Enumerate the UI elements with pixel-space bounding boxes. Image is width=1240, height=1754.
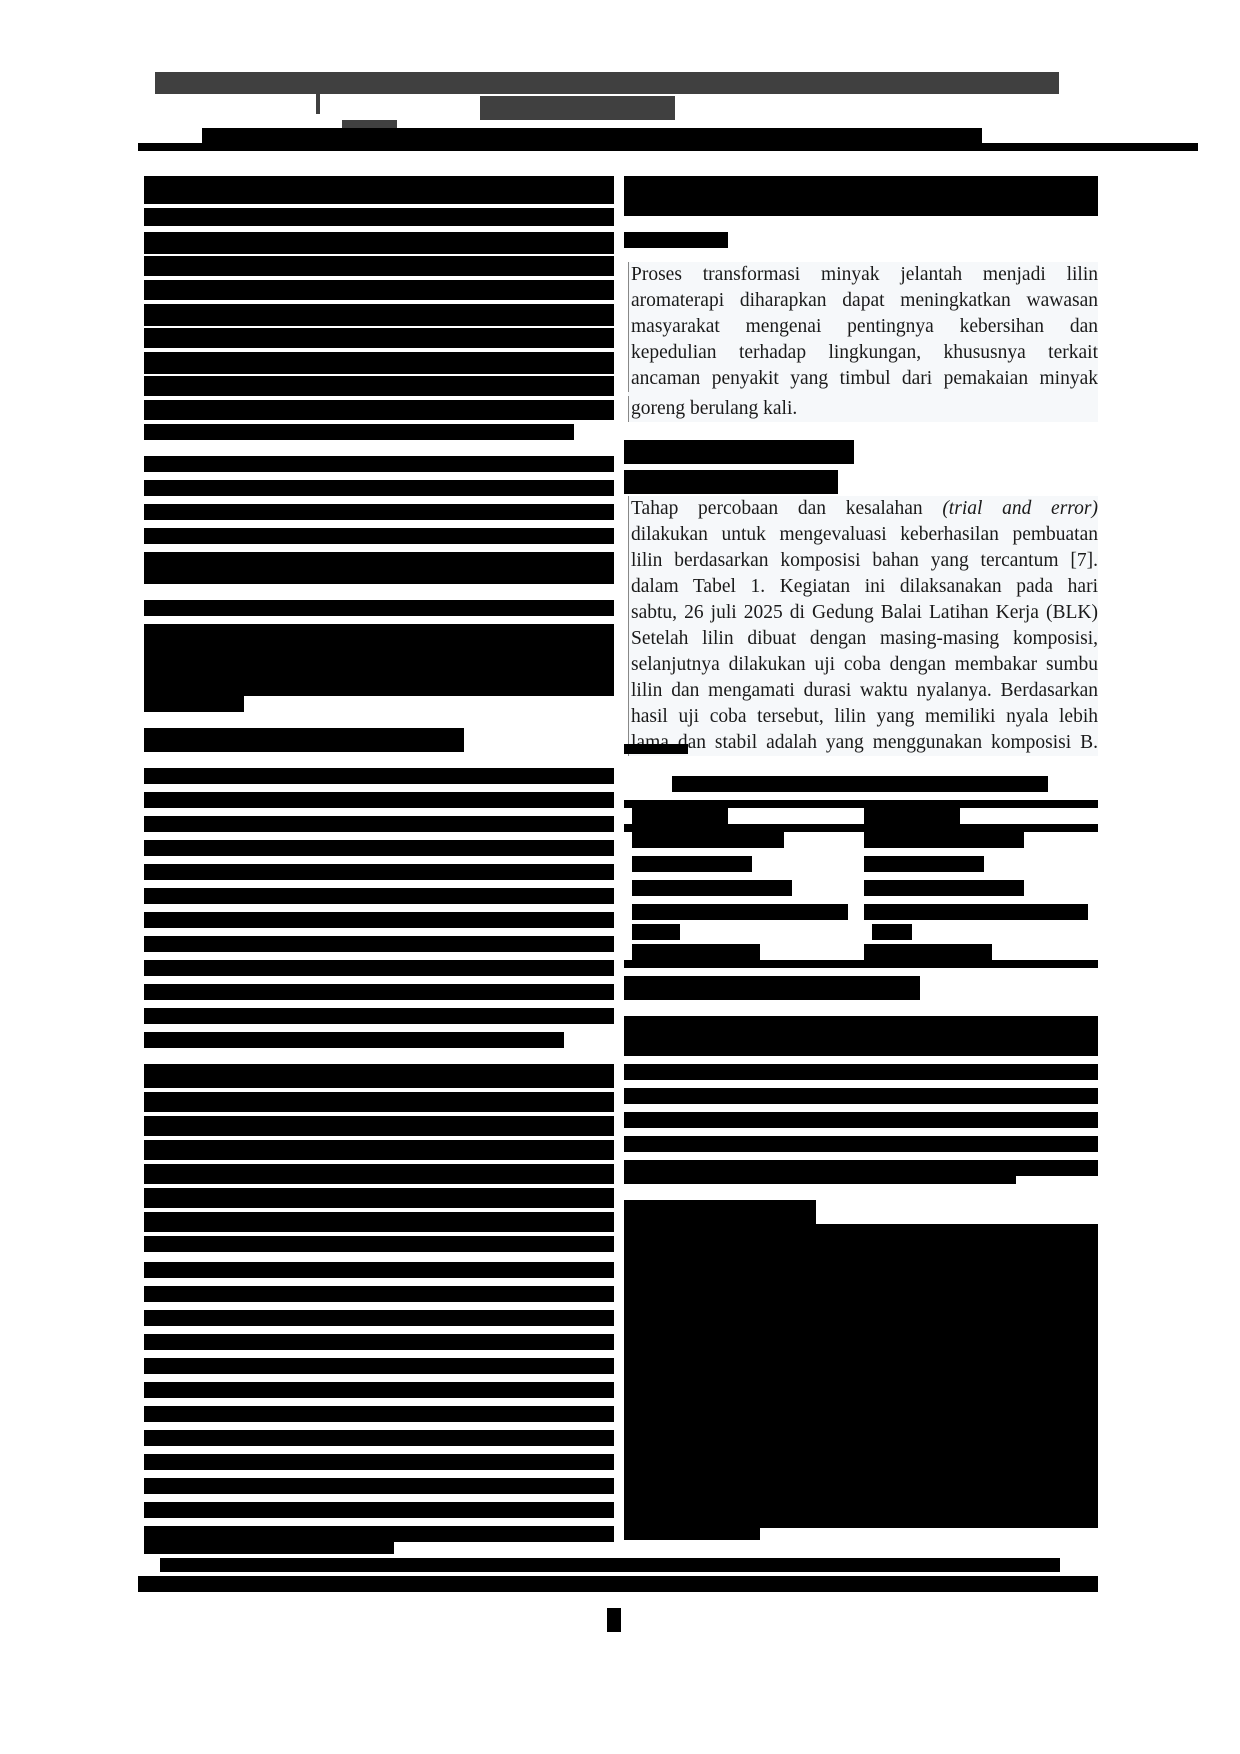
paragraph-line: Proses transformasi minyak jelantah menj… [628,262,1098,288]
table-bottom-rule [624,960,1098,968]
subsection-heading-2 [624,976,920,1000]
paragraph-line: sabtu, 26 juli 2025 di Gedung Balai Lati… [628,600,1098,626]
paragraph-line: dalam Tabel 1. Kegiatan ini dilaksanakan… [628,574,1098,600]
table-caption-tag [624,744,688,754]
paragraph-line: hasil uji coba tersebut, lilin yang memi… [628,704,1098,730]
table-caption [672,776,1048,792]
paragraph-line: Tahap percobaan dan kesalahan (trial and… [628,496,1098,522]
page-number [607,1608,621,1632]
subsection-heading [624,470,838,494]
paragraph-line: lilin berdasarkan komposisi bahan yang t… [628,548,1098,574]
paragraph-trial-error: Tahap percobaan dan kesalahan (trial and… [628,496,1098,756]
footer-rule [138,1576,1098,1592]
table-header-rule [624,824,1098,832]
header-rule [138,143,1198,151]
paragraph-line: masyarakat mengenai pentingnya kebersiha… [628,314,1098,340]
paragraph-line: aromaterapi diharapkan dapat meningkatka… [628,288,1098,314]
paragraph-transformasi: Proses transformasi minyak jelantah menj… [628,262,1098,422]
paragraph-line: lama dan stabil adalah yang menggunakan … [628,730,1098,756]
paragraph-line: goreng berulang kali. [628,396,1098,422]
paragraph-line: ancaman penyakit yang timbul dari pemaka… [628,366,1098,392]
paragraph-line: kepedulian terhadap lingkungan, khususny… [628,340,1098,366]
section-heading-right [624,440,854,464]
paragraph-line: selanjutnya dilakukan uji coba dengan me… [628,652,1098,678]
section-heading-left [144,728,464,752]
paragraph-line: Setelah lilin dibuat dengan masing-masin… [628,626,1098,652]
paragraph-line: lilin dan mengamati durasi waktu nyalany… [628,678,1098,704]
paragraph-line: dilakukan untuk mengevaluasi keberhasila… [628,522,1098,548]
table-top-rule [624,800,1098,808]
